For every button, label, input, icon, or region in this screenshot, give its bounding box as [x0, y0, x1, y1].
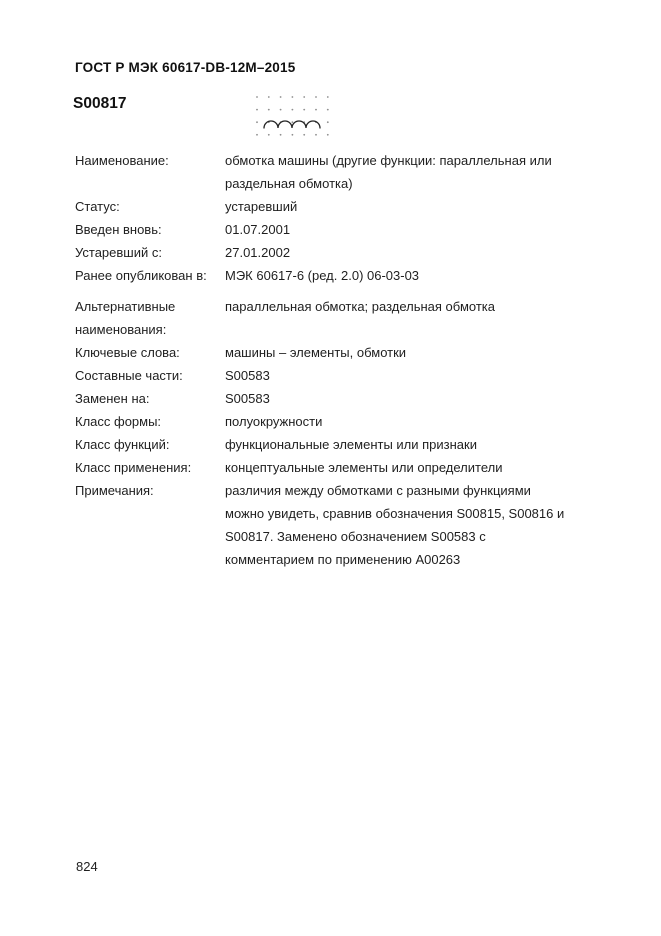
- page-number: 824: [76, 855, 98, 878]
- field-row: Альтернативные наименования: параллельна…: [75, 295, 580, 341]
- field-label: Класс применения:: [75, 456, 225, 479]
- field-label: Заменен на:: [75, 387, 225, 410]
- field-label: Ранее опубликован в:: [75, 264, 225, 287]
- winding-symbol-icon: [252, 92, 336, 142]
- field-row: Класс применения: концептуальные элемент…: [75, 456, 580, 479]
- field-value: функциональные элементы или признаки: [225, 433, 580, 456]
- field-row: Класс функций: функциональные элементы и…: [75, 433, 580, 456]
- field-value: концептуальные элементы или определители: [225, 456, 580, 479]
- field-row: Составные части: S00583: [75, 364, 580, 387]
- field-label: Составные части:: [75, 364, 225, 387]
- field-row: Ранее опубликован в: МЭК 60617-6 (ред. 2…: [75, 264, 580, 287]
- field-value: обмотка машины (другие функции: параллел…: [225, 149, 580, 195]
- field-label: Примечания:: [75, 479, 225, 502]
- field-value: S00583: [225, 387, 580, 410]
- field-value: МЭК 60617-6 (ред. 2.0) 06-03-03: [225, 264, 580, 287]
- field-value: устаревший: [225, 195, 580, 218]
- field-label: Устаревший с:: [75, 241, 225, 264]
- field-label: Наименование:: [75, 149, 225, 172]
- field-row: Статус: устаревший: [75, 195, 580, 218]
- field-value: машины – элементы, обмотки: [225, 341, 580, 364]
- field-row: Наименование: обмотка машины (другие фун…: [75, 149, 580, 195]
- field-value: S00583: [225, 364, 580, 387]
- field-label: Введен вновь:: [75, 218, 225, 241]
- field-label: Статус:: [75, 195, 225, 218]
- field-row: Устаревший с: 27.01.2002: [75, 241, 580, 264]
- field-row: Класс формы: полуокружности: [75, 410, 580, 433]
- field-label: Ключевые слова:: [75, 341, 225, 364]
- field-label: Альтернативные наименования:: [75, 295, 225, 341]
- field-value: 27.01.2002: [225, 241, 580, 264]
- symbol-grid-dots: [256, 96, 329, 136]
- field-label: Класс формы:: [75, 410, 225, 433]
- field-row: Заменен на: S00583: [75, 387, 580, 410]
- document-header-title: ГОСТ Р МЭК 60617-DB-12M–2015: [75, 60, 295, 75]
- document-page: ГОСТ Р МЭК 60617-DB-12M–2015 S00817 Наим…: [0, 0, 661, 936]
- field-value: 01.07.2001: [225, 218, 580, 241]
- entry-id: S00817: [73, 95, 126, 113]
- properties-list: Наименование: обмотка машины (другие фун…: [75, 149, 580, 571]
- field-row: Ключевые слова: машины – элементы, обмот…: [75, 341, 580, 364]
- field-row: Введен вновь: 01.07.2001: [75, 218, 580, 241]
- field-row: Примечания: различия между обмотками с р…: [75, 479, 580, 571]
- field-value: различия между обмотками с разными функц…: [225, 479, 580, 571]
- field-label: Класс функций:: [75, 433, 225, 456]
- field-value: полуокружности: [225, 410, 580, 433]
- field-value: параллельная обмотка; раздельная обмотка: [225, 295, 580, 318]
